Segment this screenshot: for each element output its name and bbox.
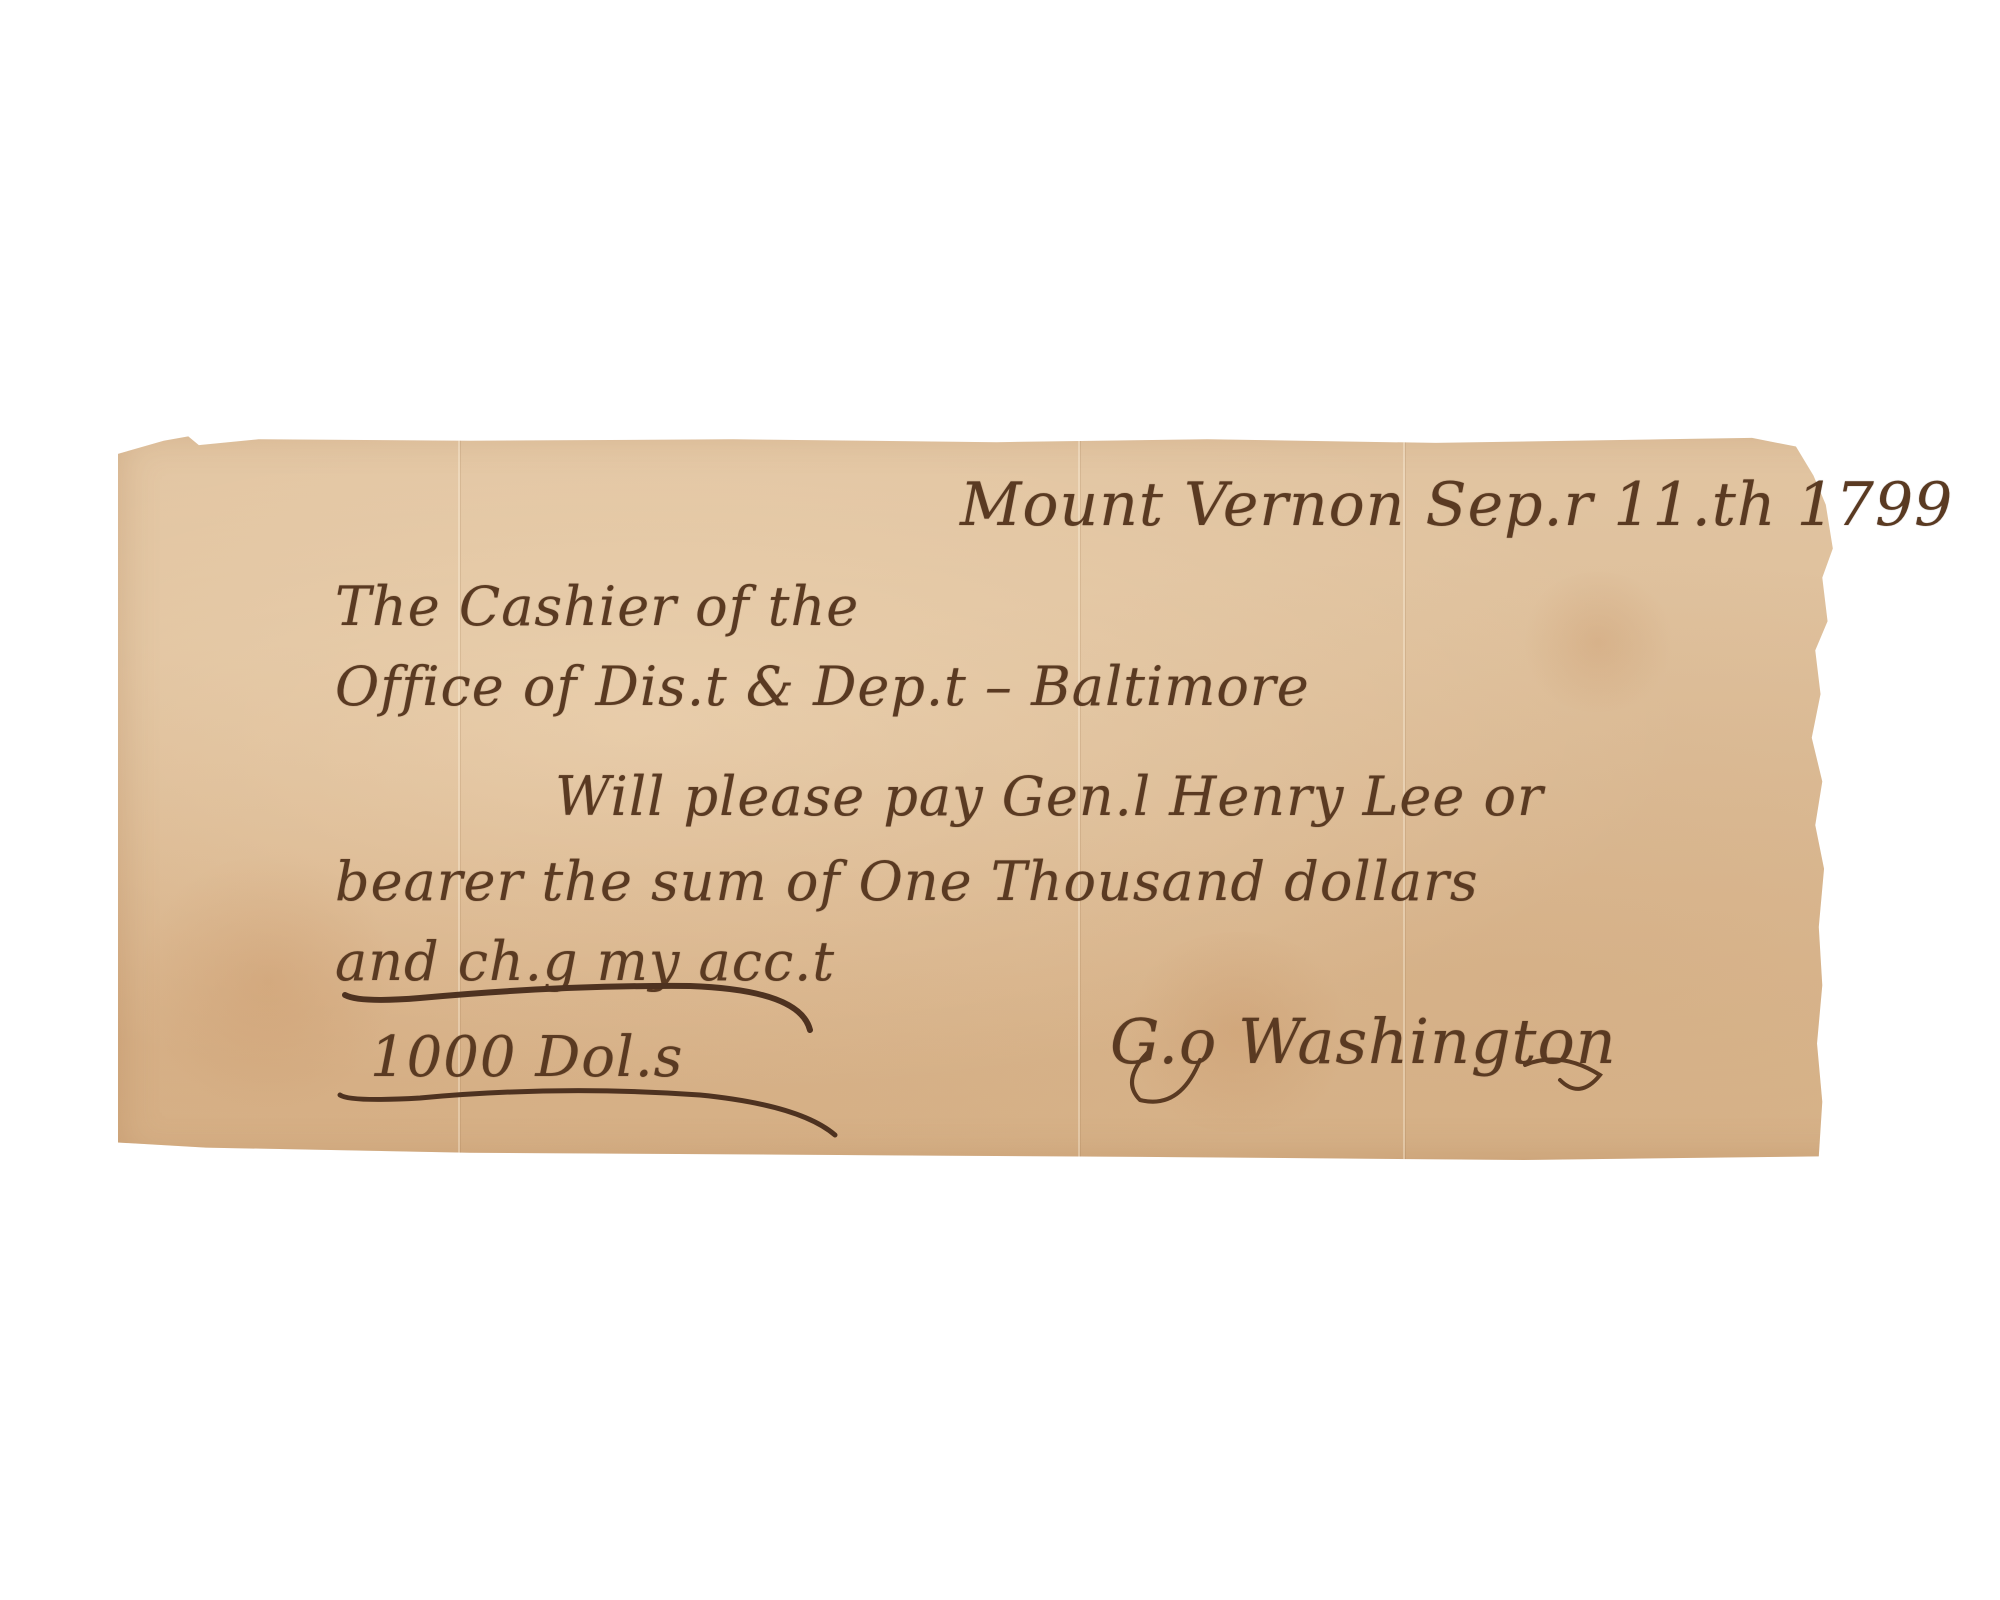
body-line-3: and ch.g my acc.t <box>335 930 835 993</box>
body-line-2: bearer the sum of One Thousand dollars <box>335 850 1479 913</box>
body-line-1: Will please pay Gen.l Henry Lee or <box>555 765 1544 828</box>
page-stage: Mount Vernon Sep.r 11.th 1799 The Cashie… <box>0 0 2000 1600</box>
dateline: Mount Vernon Sep.r 11.th 1799 <box>960 470 1953 540</box>
amount-figure: 1000 Dol.s <box>370 1025 683 1090</box>
signature: G.o Washington <box>1110 1005 1617 1078</box>
addressee-line-2: Office of Dis.t & Dep.t – Baltimore <box>335 655 1310 718</box>
paper-stain <box>1518 572 1678 712</box>
addressee-line-1: The Cashier of the <box>335 575 859 638</box>
